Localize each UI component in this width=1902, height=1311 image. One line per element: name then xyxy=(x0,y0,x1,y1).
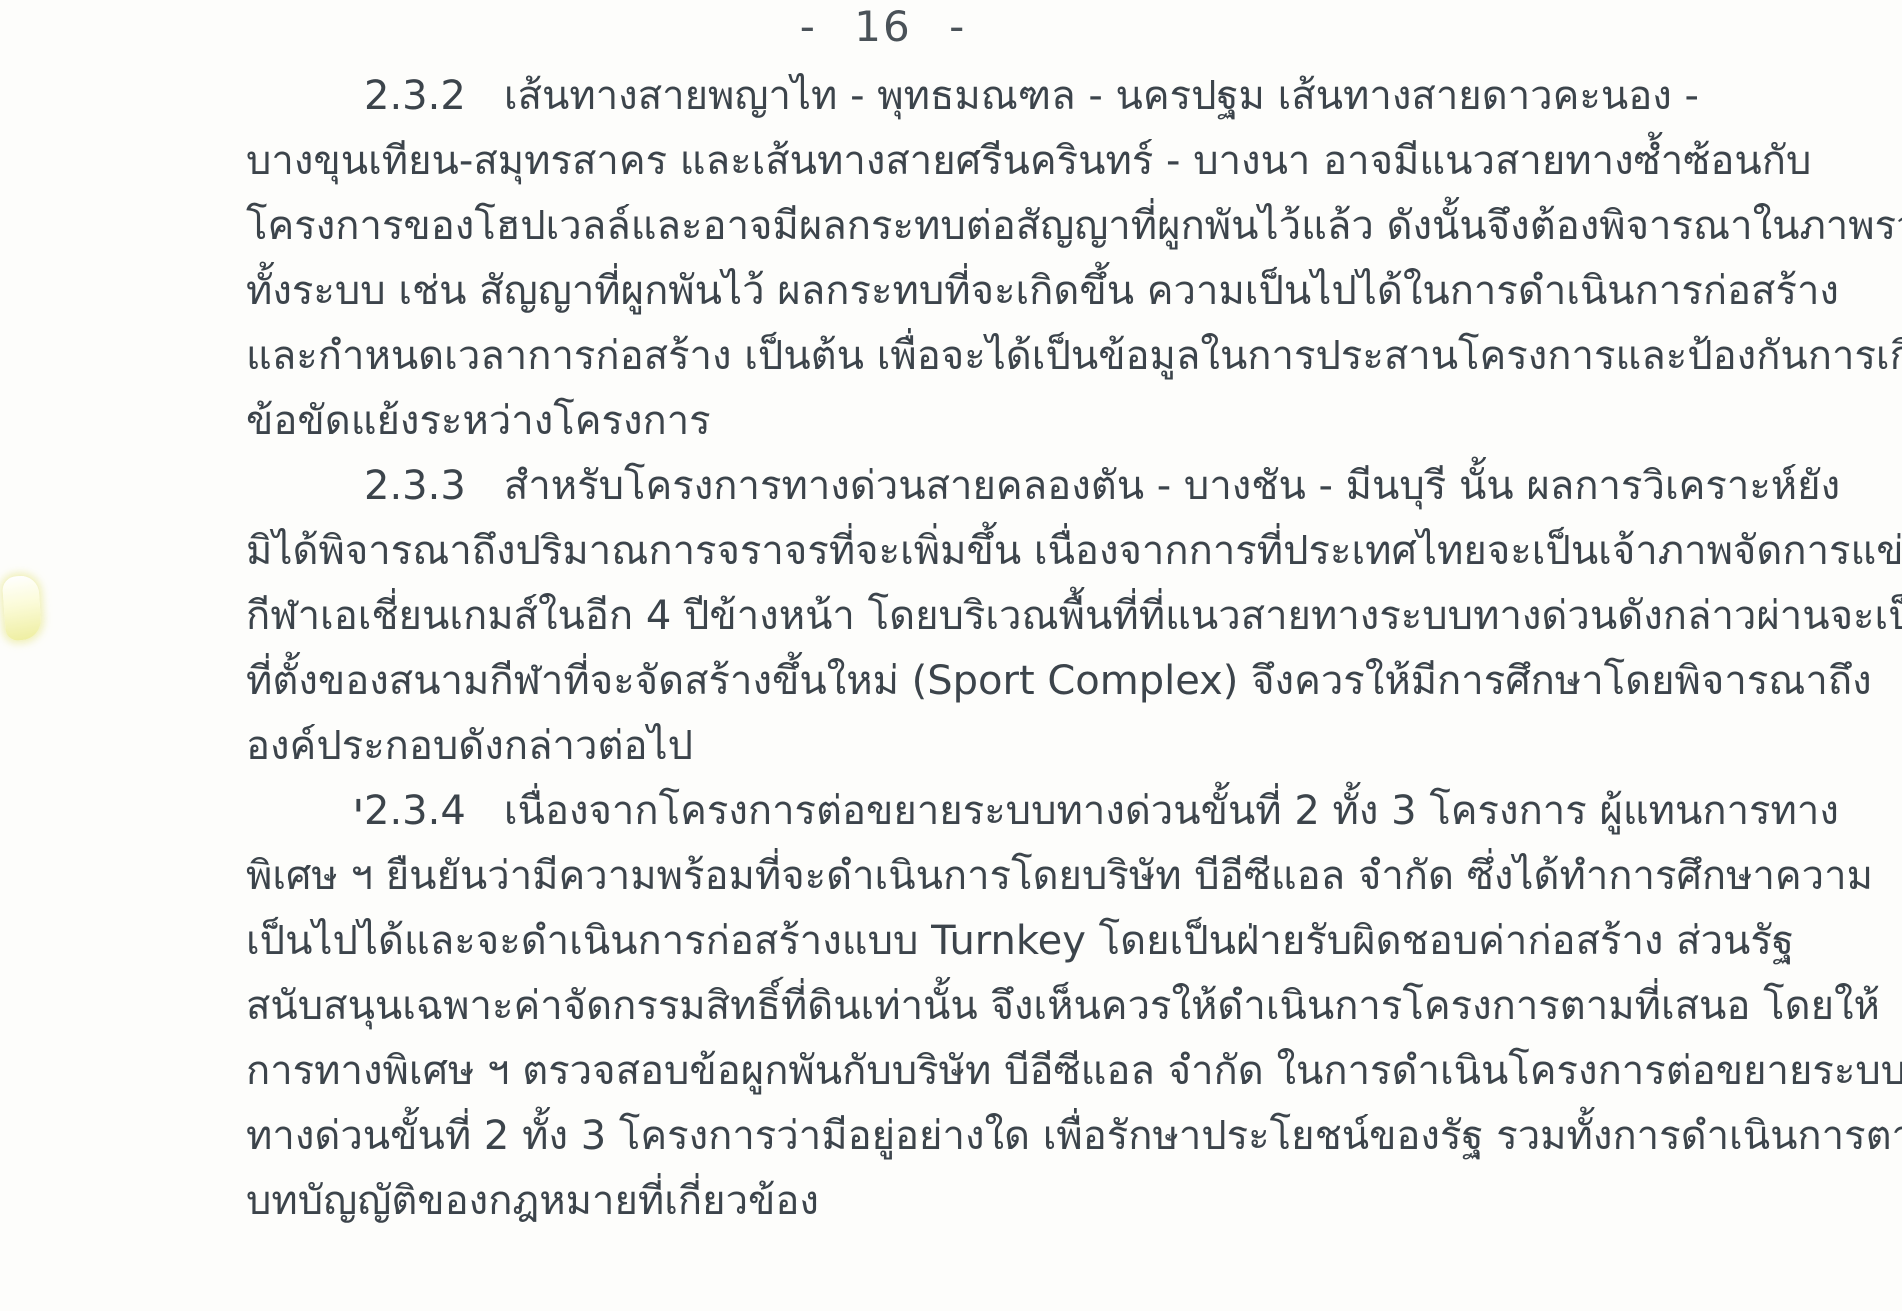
text-line: เป็นไปได้และจะดำเนินการก่อสร้างแบบ Turnk… xyxy=(246,909,1896,974)
stray-apostrophe-mark: ' xyxy=(352,790,365,844)
page-number: - 16 - xyxy=(0,2,1766,51)
text-line: 2.3.4 เนื่องจากโครงการต่อขยายระบบทางด่วน… xyxy=(246,779,1896,844)
text-line: องค์ประกอบดังกล่าวต่อไป xyxy=(246,714,1896,779)
text-line: โครงการของโฮปเวลล์และอาจมีผลกระทบต่อสัญญ… xyxy=(246,194,1896,259)
text-line: 2.3.2 เส้นทางสายพญาไท - พุทธมณฑล - นครปฐ… xyxy=(246,64,1896,129)
text-line: พิเศษ ฯ ยืนยันว่ามีความพร้อมที่จะดำเนินก… xyxy=(246,844,1896,909)
paragraph-2-3-2: 2.3.2 เส้นทางสายพญาไท - พุทธมณฑล - นครปฐ… xyxy=(246,64,1896,454)
text-line: สนับสนุนเฉพาะค่าจัดกรรมสิทธิ์ที่ดินเท่าน… xyxy=(246,974,1896,1039)
text-line: การทางพิเศษ ฯ ตรวจสอบข้อผูกพันกับบริษัท … xyxy=(246,1039,1896,1104)
text-line: ทางด่วนขั้นที่ 2 ทั้ง 3 โครงการว่ามีอยู่… xyxy=(246,1104,1896,1169)
text-line: ที่ตั้งของสนามกีฬาที่จะจัดสร้างขึ้นใหม่ … xyxy=(246,649,1896,714)
text-line: ข้อขัดแย้งระหว่างโครงการ xyxy=(246,389,1896,454)
text-line: มิได้พิจารณาถึงปริมาณการจราจรที่จะเพิ่มข… xyxy=(246,519,1896,584)
text-line: 2.3.3 สำหรับโครงการทางด่วนสายคลองตัน - บ… xyxy=(246,454,1896,519)
text-line: ทั้งระบบ เช่น สัญญาที่ผูกพันไว้ ผลกระทบท… xyxy=(246,259,1896,324)
paragraph-2-3-3: 2.3.3 สำหรับโครงการทางด่วนสายคลองตัน - บ… xyxy=(246,454,1896,779)
text-line: และกำหนดเวลาการก่อสร้าง เป็นต้น เพื่อจะไ… xyxy=(246,324,1896,389)
scan-artifact-highlight xyxy=(2,575,42,641)
text-line: กีฬาเอเชี่ยนเกมส์ในอีก 4 ปีข้างหน้า โดยบ… xyxy=(246,584,1896,649)
document-body: 2.3.2 เส้นทางสายพญาไท - พุทธมณฑล - นครปฐ… xyxy=(246,64,1896,1234)
text-line: บางขุนเทียน-สมุทรสาคร และเส้นทางสายศรีนค… xyxy=(246,129,1896,194)
paragraph-2-3-4: 2.3.4 เนื่องจากโครงการต่อขยายระบบทางด่วน… xyxy=(246,779,1896,1234)
text-line: บทบัญญัติของกฎหมายที่เกี่ยวข้อง xyxy=(246,1169,1896,1234)
document-page: - 16 - 2.3.2 เส้นทางสายพญาไท - พุทธมณฑล … xyxy=(0,0,1902,1311)
